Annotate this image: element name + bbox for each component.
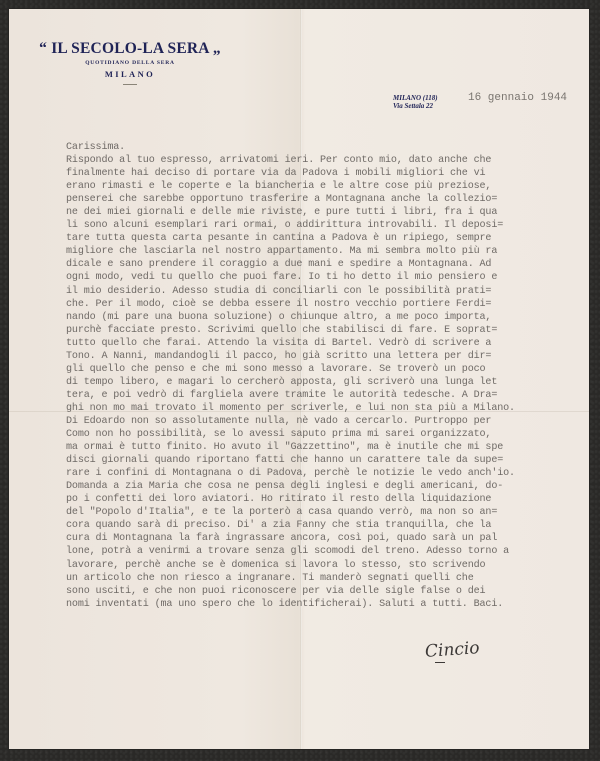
- letter-line: migliore che lasciarla nel nostro appart…: [66, 245, 586, 258]
- letter-line: cura di Montagnana la farà ingrassare an…: [66, 532, 586, 545]
- letter-line: purchè facciate presto. Scrivimi quello …: [66, 324, 586, 337]
- letter-line: sono usciti, e che non puoi riconoscere …: [66, 585, 586, 598]
- letter-line: ogni modo, vedi tu quello che puoi fare.…: [66, 271, 586, 284]
- letter-line: Carissima.: [66, 141, 586, 154]
- letterhead-subtitle: QUOTIDIANO DELLA SERA: [30, 60, 230, 66]
- letter-line: nando (mi pare una buona soluzione) o ch…: [66, 311, 586, 324]
- sender-address: MILANO (118) Via Settala 22: [393, 94, 438, 110]
- letter-line: Domanda a zia Maria che cosa ne pensa de…: [66, 480, 586, 493]
- letter-line: gli quello che penso e che mi sono messo…: [66, 363, 586, 376]
- letter-line: lone, potrà a venirmi a trovare senza gl…: [66, 545, 586, 558]
- letter-line: Di Edoardo non so assolutamente nulla, n…: [66, 415, 586, 428]
- signature-underline: [435, 662, 445, 663]
- letter-line: ma ormai è tutto finito. Ho avuto il "Ga…: [66, 441, 586, 454]
- letterhead-city: MILANO: [30, 69, 230, 79]
- letter-line: del "Popolo d'Italia", e te la porterò a…: [66, 506, 586, 519]
- letter-line: li sono alcuni esemplari rari ormai, o a…: [66, 219, 586, 232]
- letter-line: Tono. A Nanni, mandandogli il pacco, ho …: [66, 350, 586, 363]
- letter-line: il mio desiderio. Adesso studia di conci…: [66, 285, 586, 298]
- letter-line: nomi inventati (ma uno spero che lo iden…: [66, 598, 586, 611]
- handwritten-signature: Cincio: [424, 638, 480, 662]
- letter-line: finalmente hai deciso di portare via da …: [66, 167, 586, 180]
- letter-line: di tempo libero, e magari lo cercherò ap…: [66, 376, 586, 389]
- letter-date: 16 gennaio 1944: [468, 92, 567, 104]
- letter-line: lavorare, perchè anche se è domenica si …: [66, 559, 586, 572]
- letter-line: disci giornali quando riportano fatti ch…: [66, 454, 586, 467]
- letter-body: Carissima.Rispondo al tuo espresso, arri…: [66, 141, 586, 611]
- letter-line: penserei che sarebbe opportuno trasferir…: [66, 193, 586, 206]
- address-line-street: Via Settala 22: [393, 102, 438, 110]
- letterhead-divider: [123, 84, 137, 85]
- letter-line: po i confetti dei loro aviatori. Ho riti…: [66, 493, 586, 506]
- letter-line: ghi non mo mai trovato il momento per sc…: [66, 402, 586, 415]
- letter-line: cora quando sarà di preciso. Di' a zia F…: [66, 519, 586, 532]
- letter-line: che. Per il modo, cioè se debba essere i…: [66, 298, 586, 311]
- letter-line: tare tutta questa carta pesante in canti…: [66, 232, 586, 245]
- letter-line: erano rimasti e le coperte e la biancher…: [66, 180, 586, 193]
- letterhead-title: “ IL SECOLO-LA SERA „: [30, 40, 230, 58]
- letter-line: tera, e poi vedrò di fargliela avere tra…: [66, 389, 586, 402]
- letter-line: rare i confini di Montagnana o di Padova…: [66, 467, 586, 480]
- letter-line: Rispondo al tuo espresso, arrivatomi ier…: [66, 154, 586, 167]
- letter-line: ne dei miei giornali e delle mie riviste…: [66, 206, 586, 219]
- letter-line: tutto quello che farai. Attendo la visit…: [66, 337, 586, 350]
- address-line-city: MILANO (118): [393, 94, 438, 102]
- letter-line: Como non ho possibilità, se lo avessi sa…: [66, 428, 586, 441]
- letter-line: un articolo che non riesco a ingranare. …: [66, 572, 586, 585]
- letter-line: dicale e sano prendere il coraggio a due…: [66, 258, 586, 271]
- letterhead: “ IL SECOLO-LA SERA „ QUOTIDIANO DELLA S…: [30, 40, 230, 85]
